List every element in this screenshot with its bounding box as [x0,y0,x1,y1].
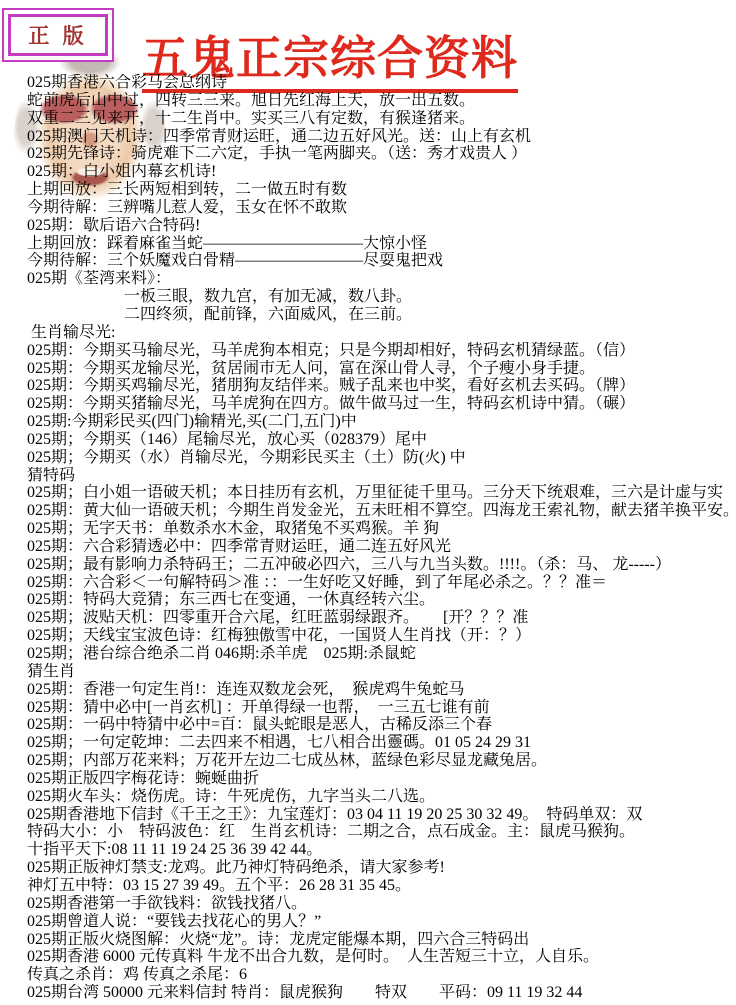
tip-sheet-page: 正 版 五鬼正宗综合资料 025期香港六合彩马会总纲诗 蛇前虎后山中过，四转三三… [0,0,736,1005]
text-line: 传真之杀肖：鸡 传真之杀尾：6 [0,966,736,984]
text-line: 025期；最有影响力杀特码王；二五冲破必四六，三八与九当头数。!!!!。（杀：马… [0,556,736,574]
text-line: 025期：今期买马输尽光，马羊虎狗本相克；只是今期却相好，特码玄机猜绿蓝。（信） [0,342,736,360]
text-line: 025期：今期买龙输尽光，贫居闹市无人问，富在深山骨人寻，个子瘦小身手捷。 [0,360,736,378]
text-line: 025期：一码中特猜中必中=百：鼠头蛇眼是恶人，古稀反添三个春 [0,716,736,734]
text-line: 025期火车头：烧伤虎。诗：牛死虎伤，九字当头二八选。 [0,788,736,806]
text-line: 025期；今期买（水）肖输尽光，今期彩民买主（土）防(火) 中 [0,449,736,467]
text-line: 025期；无字天书：单数杀水木金，取猪兔不买鸡猴。羊 狗 [0,520,736,538]
text-line: 025期：白小姐内幕玄机诗! [0,163,736,181]
text-line: 025期澳门天机诗：四季常青财运旺，通二边五好风光。送：山上有玄机 [0,128,736,146]
section-heading: 生肖输尽光: [0,324,736,342]
authentic-badge: 正 版 [2,8,114,62]
section-heading: 猜生肖 [0,663,736,681]
text-line: 025期正版火烧图解：火烧“龙”。诗：龙虎定能爆本期，四六合三特码出 [0,931,736,949]
text-line: 025期《荃湾来料》： [0,270,736,288]
text-line: 025期正版神灯禁支:龙鸡。此乃神灯特码绝杀，请大家参考! [0,859,736,877]
text-line: 一板三眼，数九宫，有加无减，数八卦。 [0,288,736,306]
text-line: 十指平天下:08 11 11 19 24 25 36 39 42 44。 [0,841,736,859]
text-line: 025期香港地下信封《千王之王》：九宝莲灯：03 04 11 19 20 25 … [0,806,736,824]
text-line: 神灯五中特：03 15 27 39 49。五个平：26 28 31 35 45。 [0,877,736,895]
text-content: 025期香港六合彩马会总纲诗 蛇前虎后山中过，四转三三来。旭日先红海上天，放一出… [0,74,736,1002]
text-line: 今期待解：三个妖魔戏白骨精————————尽耍鬼把戏 [0,252,736,270]
text-line: 今期待解：三辨嘴儿惹人爱，玉女在怀不敢欺 [0,199,736,217]
text-line: 二四终须，配前锋，六面威风，在三前。 [0,306,736,324]
text-line: 双重二三见来开，十二生肖中。实买三八有定数，有猴逢猪来。 [0,110,736,128]
text-line: 025期：黄大仙一语破天机；今期生肖发金光，五未旺相不算空。四海龙王索礼物，献去… [0,502,736,520]
text-line: 上期回放：踩着麻雀当蛇——————————大惊小怪 [0,235,736,253]
section-heading: 猜特码 [0,467,736,485]
text-line: 025期；波贴天机：四零重开合六尾，红旺蓝弱绿跟齐。 [开？？？准 [0,609,736,627]
text-line: 025期台湾 50000 元来料信封 特肖：鼠虎猴狗 特双 平码：09 11 1… [0,984,736,1002]
badge-frame: 正 版 [8,14,108,56]
text-line: 025期正版四字梅花诗：蜿蜒曲折 [0,770,736,788]
text-line: 025期:今期彩民买(四门)输精光,买(二门,五门)中 [0,413,736,431]
badge-label: 正 版 [28,20,87,50]
text-line: 特码大小：小 特码波色：红 生肖玄机诗：二期之合，点石成金。主：鼠虎马猴狗。 [0,823,736,841]
text-line: 上期回放：三长两短相到转，二一做五时有数 [0,181,736,199]
text-line: 025期：猜中必中[一肖玄机] ：开单得绿一也帮， 一三五七谁有前 [0,699,736,717]
text-line: 025期；一句定乾坤：二去四来不相遇，七八相合出靈碼。01 05 24 29 3… [0,734,736,752]
text-line: 025期：今期买鸡输尽光，猪朋狗友结伴来。贼子乱来也中奖，看好玄机去买码。（牌） [0,377,736,395]
text-line: 025期香港 6000 元传真料 牛龙不出合九数，是何时。 人生苦短三十立，人自… [0,948,736,966]
text-line: 蛇前虎后山中过，四转三三来。旭日先红海上天，放一出五数。 [0,92,736,110]
text-line: 025期：歇后语六合特码! [0,217,736,235]
text-line: 025期先锋诗：骑虎难下二六定，手执一笔两脚夹。（送：秀才戏贵人 ） [0,145,736,163]
text-line: 025期香港第一手欲钱料：欲钱找猪八。 [0,895,736,913]
text-line: 025期：特码大竞猜；东三西七在变通，一休真经转六尘。 [0,591,736,609]
text-line: 025期；白小姐一语破天机；本日挂历有玄机，万里征徒千里马。三分天下统艰难，三六… [0,484,736,502]
text-line: 025期：六合彩猜透必中：四季常青财运旺，通二连五好风光 [0,538,736,556]
text-line: 025期：六合彩＜一句解特码＞准 ：：一生好吃又好睡，到了年尾必杀之。？？准＝ [0,574,736,592]
text-line: 025期：香港一句定生肖!：连连双数龙会死， 猴虎鸡牛兔蛇马 [0,681,736,699]
text-line: 025期；今期买（146）尾输尽光，放心买（028379）尾中 [0,431,736,449]
text-line: 025期：今期买猪输尽光，马羊虎狗在四方。做牛做马过一生，特码玄机诗中猜。（碾） [0,395,736,413]
text-line: 025期；港台综合绝杀二肖 046期:杀羊虎 025期:杀鼠蛇 [0,645,736,663]
text-line: 025期曾道人说：“要钱去找花心的男人？” [0,913,736,931]
text-line: 025期；天线宝宝波色诗：红梅独傲雪中花，一国贤人生肖找（开：？） [0,627,736,645]
text-line: 025期；内部万花来料；万花开左边二七成丛林，蓝绿色彩尽显龙藏兔居。 [0,752,736,770]
text-line: 025期香港六合彩马会总纲诗 [0,74,736,92]
